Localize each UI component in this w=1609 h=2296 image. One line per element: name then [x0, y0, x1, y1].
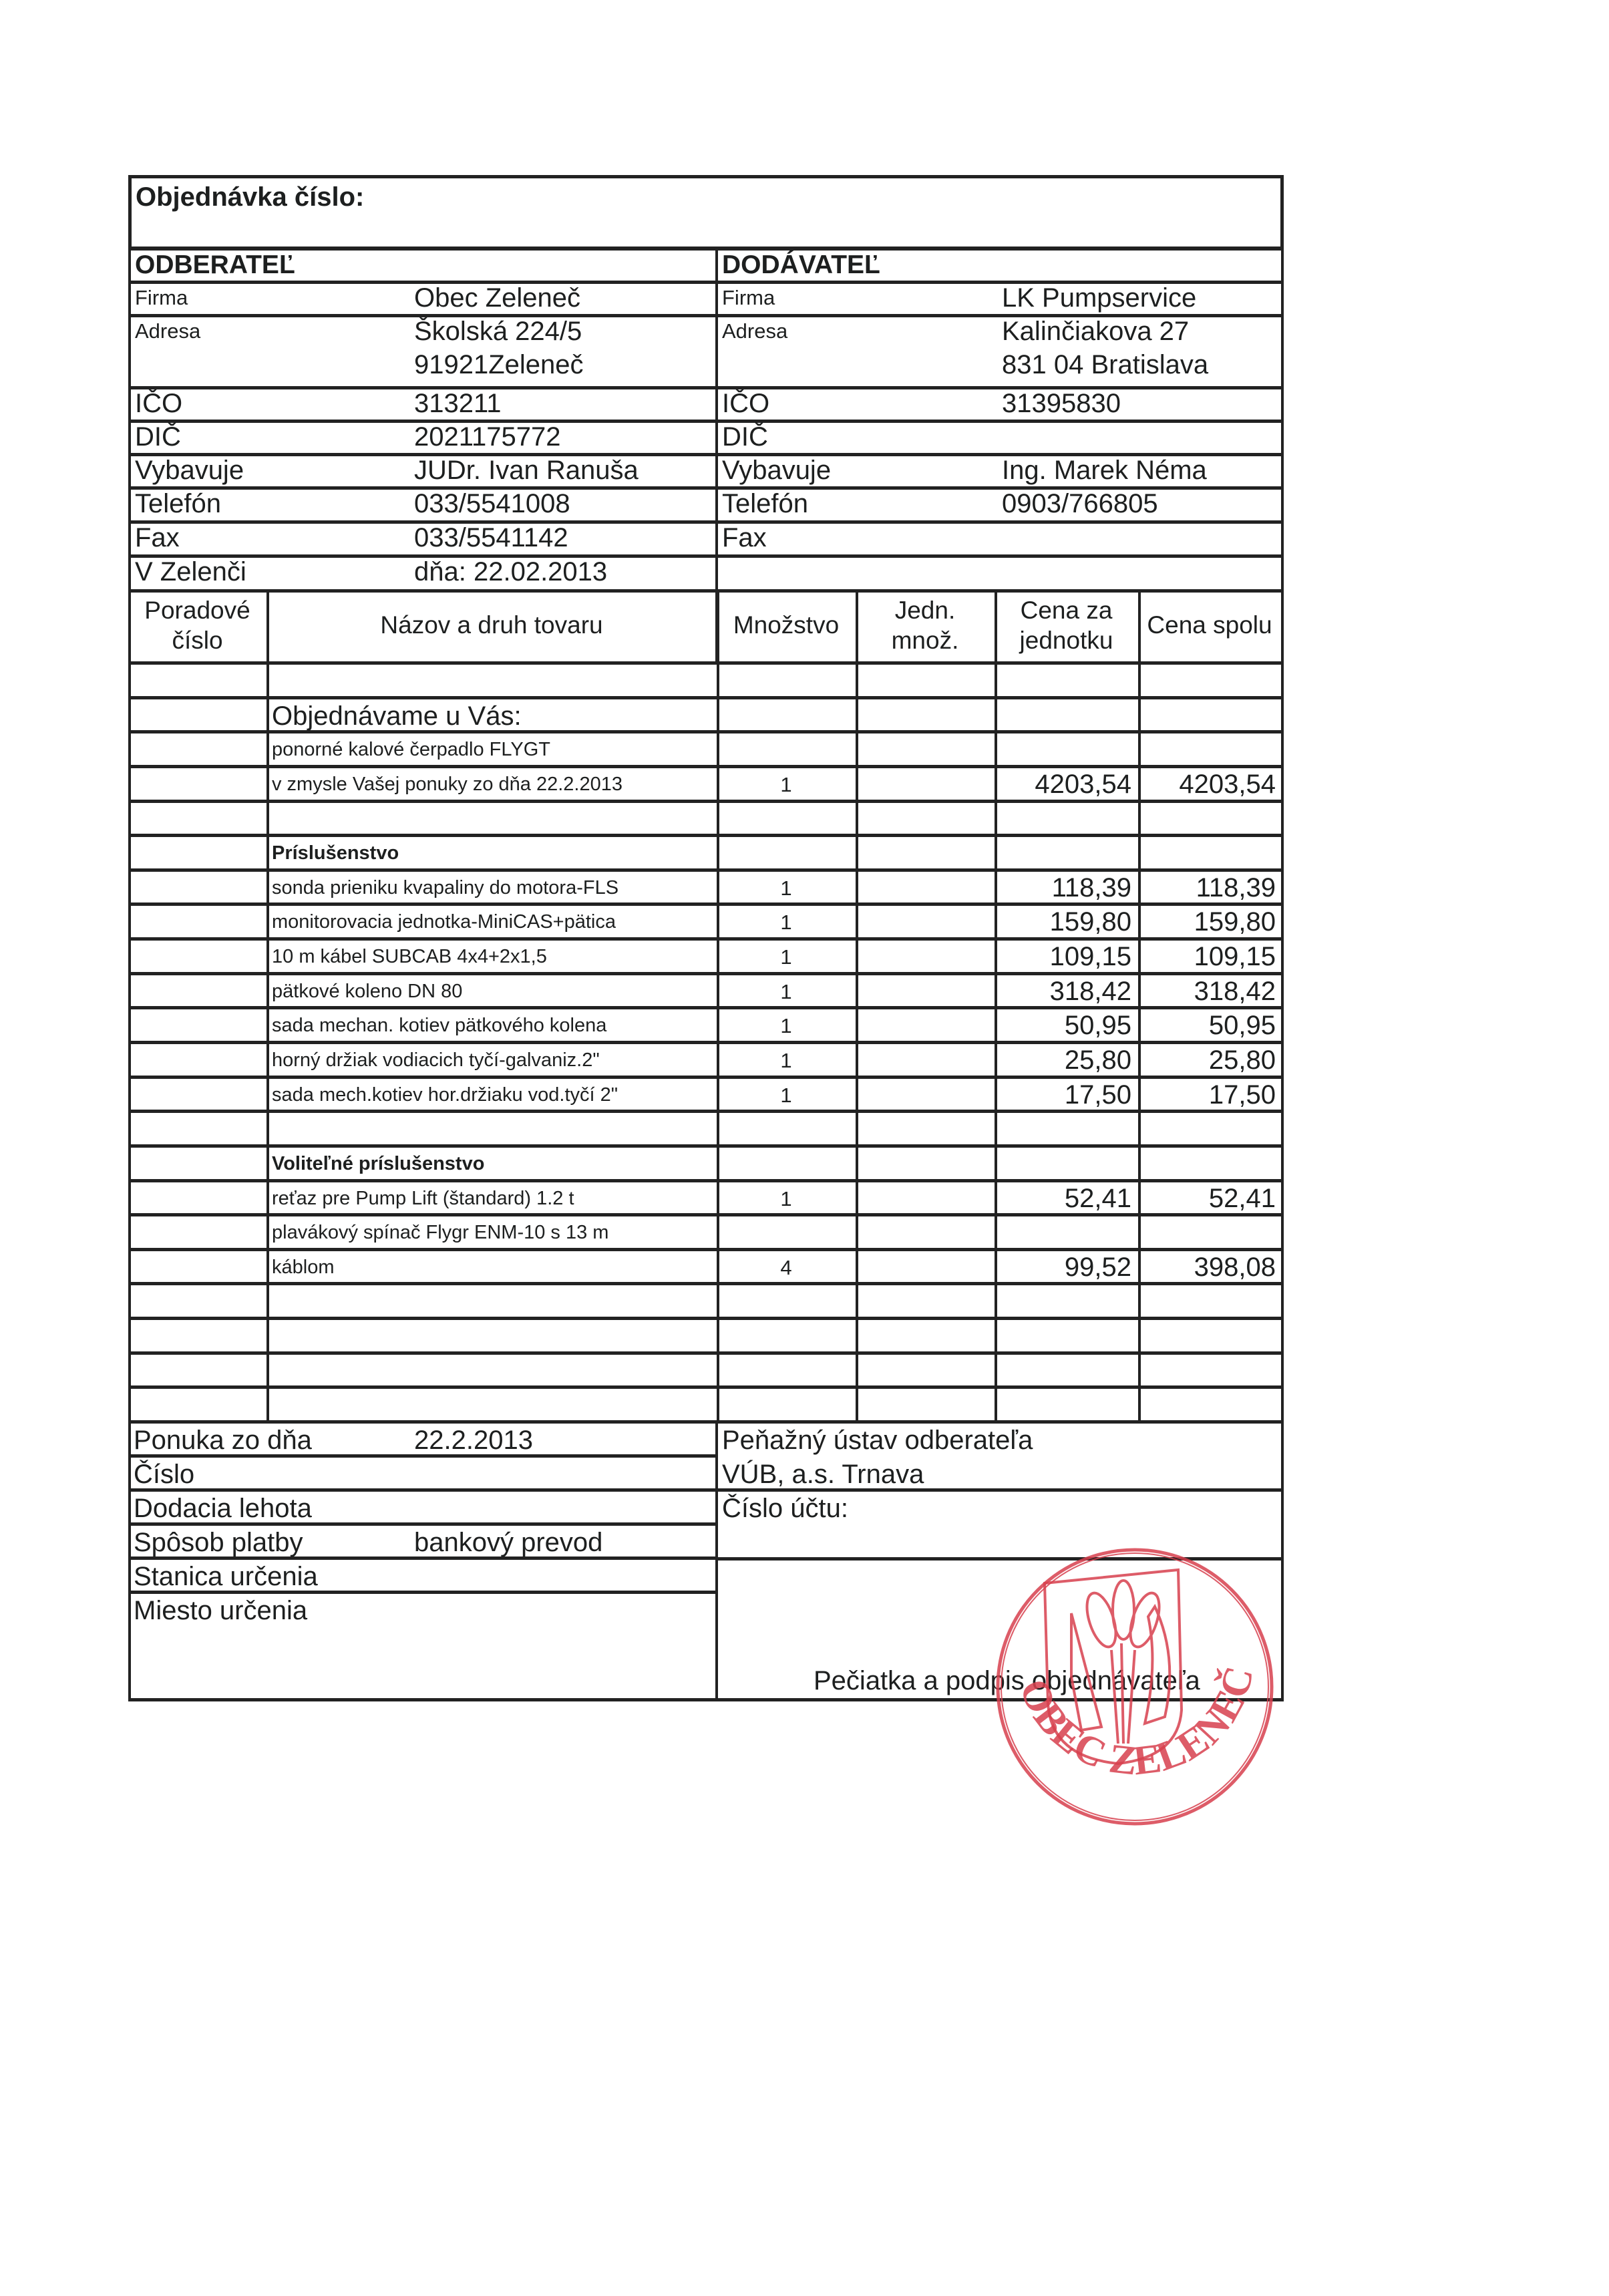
- supplier-heading: DODÁVATEĽ: [722, 252, 880, 278]
- supplier-value-adresa[interactable]: Kalinčiakova 27: [1002, 318, 1189, 345]
- item-quantity[interactable]: 1: [717, 1015, 856, 1036]
- customer-label-vybavuje: Vybavuje: [135, 457, 244, 484]
- footer-label-sp-sob-platby: Spôsob platby: [134, 1529, 303, 1556]
- item-quantity[interactable]: 1: [717, 1085, 856, 1106]
- item-unit-price[interactable]: 25,80: [995, 1047, 1131, 1074]
- customer-value-telef-n[interactable]: 033/5541008: [414, 490, 570, 517]
- item-quantity[interactable]: 1: [717, 1050, 856, 1071]
- column-header-text: Množstvo: [733, 610, 839, 640]
- item-unit-price[interactable]: 4203,54: [995, 771, 1131, 798]
- customer-label-fax: Fax: [135, 524, 180, 551]
- item-total-price[interactable]: 159,80: [1138, 909, 1276, 935]
- table-row: [128, 1385, 1281, 1420]
- item-unit-price[interactable]: 17,50: [995, 1082, 1131, 1108]
- footer-row-line: [128, 1556, 715, 1560]
- footer-label-miesto-ur-enia: Miesto určenia: [134, 1597, 307, 1624]
- column-header-text: množ.: [892, 625, 959, 655]
- customer-heading: ODBERATEĽ: [135, 252, 295, 278]
- item-total-price[interactable]: 17,50: [1138, 1082, 1276, 1108]
- supplier-row-line: [715, 314, 1284, 317]
- customer-value-di-[interactable]: 2021175772: [414, 424, 561, 450]
- customer-value-firma[interactable]: Obec Zeleneč: [414, 285, 580, 311]
- bank-label: Peňažný ústav odberateľa: [722, 1427, 1033, 1454]
- item-name: Voliteľné príslušenstvo: [272, 1154, 484, 1174]
- item-unit-price[interactable]: 318,42: [995, 978, 1131, 1005]
- item-name: káblom: [272, 1258, 335, 1277]
- item-quantity[interactable]: 1: [717, 878, 856, 898]
- footer-row-line: [128, 1591, 715, 1594]
- order-number-field[interactable]: [374, 184, 1242, 230]
- supplier-label-di-: DIČ: [722, 424, 768, 450]
- footer-value-ponuka-zo-d-a[interactable]: 22.2.2013: [414, 1427, 533, 1454]
- table-row: [128, 661, 1281, 696]
- supplier-value-firma[interactable]: LK Pumpservice: [1002, 285, 1196, 311]
- svg-text:OBEC ZELENEČ: OBEC ZELENEČ: [1011, 1662, 1262, 1784]
- item-unit-price[interactable]: 159,80: [995, 909, 1131, 935]
- supplier-row-line: [715, 420, 1284, 423]
- item-name: pätkové koleno DN 80: [272, 982, 462, 1001]
- customer-value-fax[interactable]: 033/5541142: [414, 524, 568, 551]
- supplier-row-line: [715, 386, 1284, 389]
- item-name: horný držiak vodiacich tyčí-galvaniz.2": [272, 1051, 600, 1070]
- item-total-price[interactable]: 398,08: [1138, 1254, 1276, 1281]
- footer-divider: [715, 1420, 718, 1701]
- item-quantity[interactable]: 1: [717, 774, 856, 795]
- item-unit-price[interactable]: 99,52: [995, 1254, 1131, 1281]
- item-quantity[interactable]: 1: [717, 981, 856, 1002]
- column-header-total: Cena spolu: [1138, 589, 1281, 661]
- item-name: ponorné kalové čerpadlo FLYGT: [272, 740, 550, 760]
- customer-value-adresa[interactable]: Školská 224/5: [414, 318, 582, 345]
- customer-label-i-o: IČO: [135, 390, 182, 417]
- column-header-unit: Jedn.množ.: [856, 589, 995, 661]
- item-name: v zmysle Vašej ponuky zo dňa 22.2.2013: [272, 775, 622, 794]
- customer-value-v-zelen-i[interactable]: dňa: 22.02.2013: [414, 558, 607, 585]
- customer-value-vybavuje[interactable]: JUDr. Ivan Ranuša: [414, 457, 639, 484]
- column-header-qty: Množstvo: [717, 589, 856, 661]
- customer-label-firma: Firma: [135, 287, 188, 308]
- item-name: monitorovacia jednotka-MiniCAS+pätica: [272, 913, 616, 932]
- table-row: [128, 1110, 1281, 1144]
- item-unit-price[interactable]: 109,15: [995, 943, 1131, 970]
- supplier-label-firma: Firma: [722, 287, 775, 308]
- column-header-text: Názov a druh tovaru: [380, 610, 602, 640]
- table-row: [128, 1317, 1281, 1351]
- supplier-label-fax: Fax: [722, 524, 767, 551]
- customer-value-i-o[interactable]: 313211: [414, 390, 502, 417]
- item-total-price[interactable]: 318,42: [1138, 978, 1276, 1005]
- supplier-value-telef-n[interactable]: 0903/766805: [1002, 490, 1158, 517]
- column-header-name: Názov a druh tovaru: [266, 589, 717, 661]
- order-title: Objednávka číslo:: [136, 184, 364, 210]
- item-name: plavákový spínač Flygr ENM-10 s 13 m: [272, 1223, 608, 1243]
- column-header-text: Cena spolu: [1147, 610, 1272, 640]
- item-quantity[interactable]: 1: [717, 1188, 856, 1209]
- item-total-price[interactable]: 118,39: [1138, 874, 1276, 901]
- supplier-row-line: [715, 554, 1284, 558]
- customer-label-adresa: Adresa: [135, 321, 200, 341]
- item-name: 10 m kábel SUBCAB 4x4+2x1,5: [272, 947, 547, 967]
- column-header-text: Cena za: [1021, 595, 1113, 625]
- item-quantity[interactable]: 4: [717, 1257, 856, 1278]
- item-name: reťaz pre Pump Lift (štandard) 1.2 t: [272, 1189, 574, 1208]
- supplier-row-line: [715, 520, 1284, 524]
- footer-label-stanica-ur-enia: Stanica určenia: [134, 1563, 318, 1590]
- item-unit-price[interactable]: 50,95: [995, 1012, 1131, 1039]
- footer-right-line: [715, 1488, 1284, 1492]
- footer-label--slo: Číslo: [134, 1461, 194, 1488]
- supplier-label-vybavuje: Vybavuje: [722, 457, 831, 484]
- column-header-text: jednotku: [1020, 625, 1113, 655]
- supplier-label-telef-n: Telefón: [722, 490, 808, 517]
- item-name: Objednávame u Vás:: [272, 703, 522, 729]
- customer-label-di-: DIČ: [135, 424, 181, 450]
- item-name: sada mechan. kotiev pätkového kolena: [272, 1016, 606, 1035]
- column-header-unit-price: Cena zajednotku: [995, 589, 1138, 661]
- stamp-obec-zelenec: OBEC ZELENEČ: [991, 1543, 1278, 1830]
- column-header-text: Jedn.: [895, 595, 956, 625]
- customer-label-v-zelen-i: V Zelenči: [135, 558, 246, 585]
- item-name: sonda prieniku kvapaliny do motora-FLS: [272, 878, 618, 898]
- footer-value-sp-sob-platby[interactable]: bankový prevod: [414, 1529, 602, 1556]
- table-row: [128, 1351, 1281, 1386]
- supplier-label-i-o: IČO: [722, 390, 769, 417]
- supplier-value-adresa-line2[interactable]: 831 04 Bratislava: [1002, 351, 1208, 378]
- column-header-seq: Poradovéčíslo: [128, 589, 266, 661]
- footer-row-line: [128, 1454, 715, 1458]
- footer-row-line: [128, 1488, 715, 1492]
- item-name: Príslušenstvo: [272, 844, 399, 863]
- item-total-price[interactable]: 52,41: [1138, 1185, 1276, 1212]
- item-total-price[interactable]: 109,15: [1138, 943, 1276, 970]
- bank-value[interactable]: VÚB, a.s. Trnava: [722, 1461, 924, 1488]
- footer-label-dodacia-lehota: Dodacia lehota: [134, 1495, 312, 1522]
- table-row: [128, 800, 1281, 834]
- supplier-row-line: [715, 281, 1284, 284]
- form-left-border: [128, 247, 131, 589]
- item-quantity[interactable]: 1: [717, 947, 856, 967]
- footer-row-line: [128, 1522, 715, 1526]
- customer-value-adresa-line2[interactable]: 91921Zeleneč: [414, 351, 584, 378]
- table-row: [128, 1282, 1281, 1317]
- item-unit-price[interactable]: 52,41: [995, 1185, 1131, 1212]
- item-quantity[interactable]: 1: [717, 912, 856, 933]
- supplier-value-i-o[interactable]: 31395830: [1002, 390, 1121, 417]
- item-unit-price[interactable]: 118,39: [995, 874, 1131, 901]
- table-bottom-line: [128, 1420, 1284, 1424]
- customer-label-telef-n: Telefón: [135, 490, 221, 517]
- item-total-price[interactable]: 4203,54: [1138, 771, 1276, 798]
- supplier-value-vybavuje[interactable]: Ing. Marek Néma: [1002, 457, 1207, 484]
- item-total-price[interactable]: 25,80: [1138, 1047, 1276, 1074]
- item-total-price[interactable]: 50,95: [1138, 1012, 1276, 1039]
- footer-label-ponuka-zo-d-a: Ponuka zo dňa: [134, 1427, 312, 1454]
- column-header-text: číslo: [172, 625, 222, 655]
- column-header-text: Poradové: [144, 595, 250, 625]
- account-label: Číslo účtu:: [722, 1495, 848, 1522]
- item-name: sada mech.kotiev hor.držiaku vod.tyčí 2": [272, 1086, 618, 1105]
- supplier-label-adresa: Adresa: [722, 321, 787, 341]
